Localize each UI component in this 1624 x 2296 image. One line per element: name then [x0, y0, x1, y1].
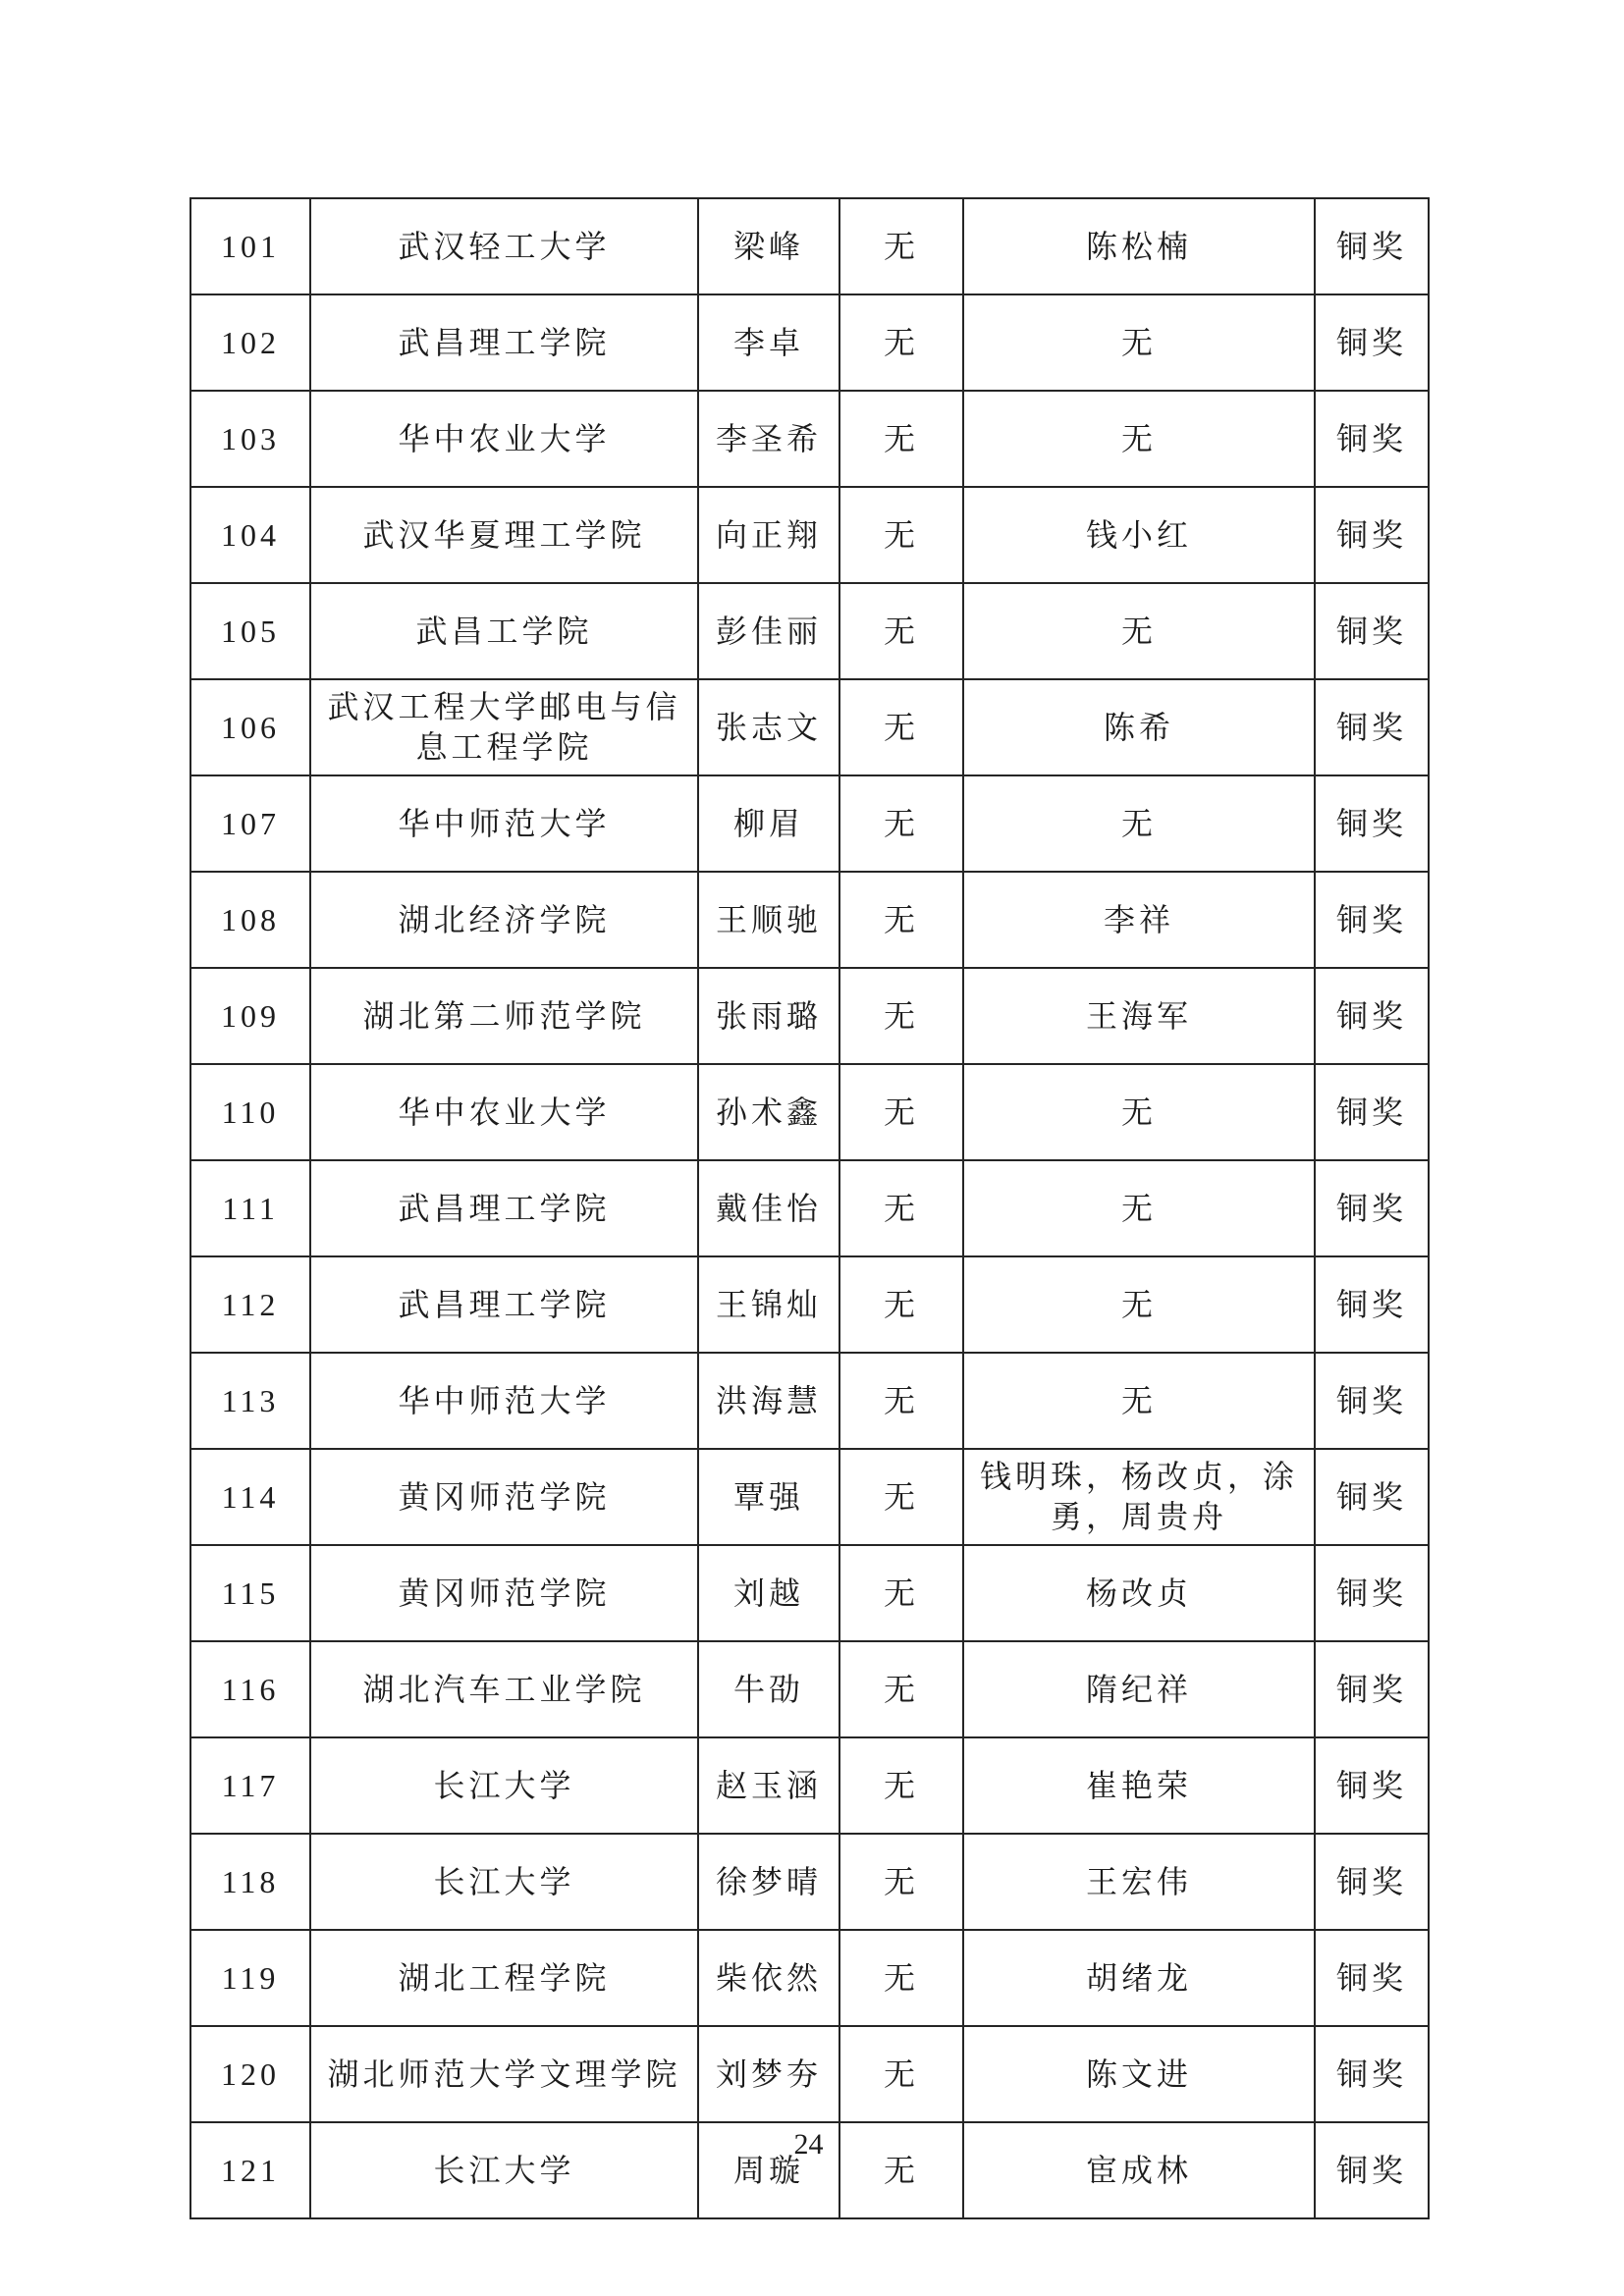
- cell-row-number: 107: [190, 775, 310, 872]
- cell-school-name: 湖北经济学院: [310, 872, 698, 968]
- cell-school-name: 武汉华夏理工学院: [310, 487, 698, 583]
- cell-award-level: 铜奖: [1315, 391, 1429, 487]
- cell-note: 无: [839, 294, 963, 391]
- cell-school-name: 湖北师范大学文理学院: [310, 2026, 698, 2122]
- cell-award-level: 铜奖: [1315, 198, 1429, 294]
- table-row: 118 长江大学 徐梦晴 无 王宏伟 铜奖: [190, 1834, 1429, 1930]
- table-row: 106 武汉工程大学邮电与信息工程学院 张志文 无 陈希 铜奖: [190, 679, 1429, 775]
- cell-student-name: 梁峰: [698, 198, 839, 294]
- cell-award-level: 铜奖: [1315, 2026, 1429, 2122]
- cell-award-level: 铜奖: [1315, 1160, 1429, 1256]
- cell-note: 无: [839, 968, 963, 1064]
- cell-award-level: 铜奖: [1315, 1064, 1429, 1160]
- table-row: 117 长江大学 赵玉涵 无 崔艳荣 铜奖: [190, 1737, 1429, 1834]
- cell-advisor-name: 无: [963, 1256, 1315, 1353]
- cell-row-number: 114: [190, 1449, 310, 1545]
- cell-advisor-name: 无: [963, 1353, 1315, 1449]
- cell-award-level: 铜奖: [1315, 487, 1429, 583]
- cell-row-number: 113: [190, 1353, 310, 1449]
- cell-award-level: 铜奖: [1315, 1353, 1429, 1449]
- table-row: 111 武昌理工学院 戴佳怡 无 无 铜奖: [190, 1160, 1429, 1256]
- cell-note: 无: [839, 1641, 963, 1737]
- awards-table-body: 101 武汉轻工大学 梁峰 无 陈松楠 铜奖 102 武昌理工学院 李卓 无 无…: [190, 198, 1429, 2218]
- cell-award-level: 铜奖: [1315, 679, 1429, 775]
- page-number: 24: [189, 2128, 1428, 2162]
- cell-row-number: 116: [190, 1641, 310, 1737]
- cell-note: 无: [839, 391, 963, 487]
- cell-note: 无: [839, 1545, 963, 1641]
- awards-table: 101 武汉轻工大学 梁峰 无 陈松楠 铜奖 102 武昌理工学院 李卓 无 无…: [189, 197, 1430, 2219]
- cell-student-name: 洪海慧: [698, 1353, 839, 1449]
- cell-school-name: 黄冈师范学院: [310, 1545, 698, 1641]
- cell-school-name: 长江大学: [310, 1737, 698, 1834]
- cell-advisor-name: 杨改贞: [963, 1545, 1315, 1641]
- cell-row-number: 101: [190, 198, 310, 294]
- cell-note: 无: [839, 487, 963, 583]
- cell-award-level: 铜奖: [1315, 1930, 1429, 2026]
- cell-student-name: 柳眉: [698, 775, 839, 872]
- cell-student-name: 张志文: [698, 679, 839, 775]
- cell-award-level: 铜奖: [1315, 775, 1429, 872]
- table-row: 107 华中师范大学 柳眉 无 无 铜奖: [190, 775, 1429, 872]
- cell-award-level: 铜奖: [1315, 294, 1429, 391]
- cell-note: 无: [839, 1930, 963, 2026]
- cell-note: 无: [839, 1449, 963, 1545]
- table-row: 116 湖北汽车工业学院 牛劭 无 隋纪祥 铜奖: [190, 1641, 1429, 1737]
- cell-note: 无: [839, 1737, 963, 1834]
- cell-advisor-name: 胡绪龙: [963, 1930, 1315, 2026]
- cell-row-number: 110: [190, 1064, 310, 1160]
- document-page: 101 武汉轻工大学 梁峰 无 陈松楠 铜奖 102 武昌理工学院 李卓 无 无…: [0, 0, 1624, 2296]
- cell-row-number: 103: [190, 391, 310, 487]
- cell-advisor-name: 王宏伟: [963, 1834, 1315, 1930]
- table-row: 103 华中农业大学 李圣希 无 无 铜奖: [190, 391, 1429, 487]
- cell-advisor-name: 钱明珠，杨改贞，涂勇，周贵舟: [963, 1449, 1315, 1545]
- cell-school-name: 武昌理工学院: [310, 1160, 698, 1256]
- cell-note: 无: [839, 198, 963, 294]
- cell-student-name: 刘梦夯: [698, 2026, 839, 2122]
- cell-award-level: 铜奖: [1315, 1834, 1429, 1930]
- cell-student-name: 彭佳丽: [698, 583, 839, 679]
- cell-student-name: 王顺驰: [698, 872, 839, 968]
- cell-advisor-name: 李祥: [963, 872, 1315, 968]
- cell-award-level: 铜奖: [1315, 1737, 1429, 1834]
- cell-row-number: 111: [190, 1160, 310, 1256]
- cell-student-name: 王锦灿: [698, 1256, 839, 1353]
- cell-award-level: 铜奖: [1315, 1641, 1429, 1737]
- cell-school-name: 武昌理工学院: [310, 294, 698, 391]
- cell-school-name: 华中师范大学: [310, 1353, 698, 1449]
- cell-school-name: 武汉轻工大学: [310, 198, 698, 294]
- table-row: 102 武昌理工学院 李卓 无 无 铜奖: [190, 294, 1429, 391]
- cell-row-number: 108: [190, 872, 310, 968]
- cell-school-name: 湖北第二师范学院: [310, 968, 698, 1064]
- table-row: 104 武汉华夏理工学院 向正翔 无 钱小红 铜奖: [190, 487, 1429, 583]
- cell-note: 无: [839, 1064, 963, 1160]
- table-row: 115 黄冈师范学院 刘越 无 杨改贞 铜奖: [190, 1545, 1429, 1641]
- cell-student-name: 戴佳怡: [698, 1160, 839, 1256]
- cell-student-name: 向正翔: [698, 487, 839, 583]
- cell-advisor-name: 陈松楠: [963, 198, 1315, 294]
- cell-school-name: 黄冈师范学院: [310, 1449, 698, 1545]
- cell-award-level: 铜奖: [1315, 583, 1429, 679]
- cell-student-name: 李卓: [698, 294, 839, 391]
- table-row: 113 华中师范大学 洪海慧 无 无 铜奖: [190, 1353, 1429, 1449]
- cell-advisor-name: 无: [963, 1064, 1315, 1160]
- cell-award-level: 铜奖: [1315, 1545, 1429, 1641]
- cell-advisor-name: 无: [963, 775, 1315, 872]
- cell-school-name: 湖北工程学院: [310, 1930, 698, 2026]
- cell-school-name: 武汉工程大学邮电与信息工程学院: [310, 679, 698, 775]
- cell-school-name: 武昌工学院: [310, 583, 698, 679]
- cell-note: 无: [839, 2026, 963, 2122]
- cell-student-name: 张雨璐: [698, 968, 839, 1064]
- cell-note: 无: [839, 1353, 963, 1449]
- cell-advisor-name: 钱小红: [963, 487, 1315, 583]
- cell-advisor-name: 无: [963, 294, 1315, 391]
- cell-note: 无: [839, 1160, 963, 1256]
- cell-student-name: 刘越: [698, 1545, 839, 1641]
- table-row: 112 武昌理工学院 王锦灿 无 无 铜奖: [190, 1256, 1429, 1353]
- cell-advisor-name: 崔艳荣: [963, 1737, 1315, 1834]
- cell-row-number: 118: [190, 1834, 310, 1930]
- cell-row-number: 104: [190, 487, 310, 583]
- table-row: 108 湖北经济学院 王顺驰 无 李祥 铜奖: [190, 872, 1429, 968]
- cell-award-level: 铜奖: [1315, 1449, 1429, 1545]
- cell-note: 无: [839, 775, 963, 872]
- cell-school-name: 武昌理工学院: [310, 1256, 698, 1353]
- cell-student-name: 李圣希: [698, 391, 839, 487]
- cell-student-name: 赵玉涵: [698, 1737, 839, 1834]
- cell-row-number: 102: [190, 294, 310, 391]
- cell-row-number: 119: [190, 1930, 310, 2026]
- cell-note: 无: [839, 1256, 963, 1353]
- cell-advisor-name: 无: [963, 391, 1315, 487]
- cell-school-name: 华中农业大学: [310, 391, 698, 487]
- cell-student-name: 柴依然: [698, 1930, 839, 2026]
- table-row: 119 湖北工程学院 柴依然 无 胡绪龙 铜奖: [190, 1930, 1429, 2026]
- cell-row-number: 106: [190, 679, 310, 775]
- cell-student-name: 孙术鑫: [698, 1064, 839, 1160]
- cell-student-name: 覃强: [698, 1449, 839, 1545]
- cell-row-number: 109: [190, 968, 310, 1064]
- cell-advisor-name: 无: [963, 1160, 1315, 1256]
- cell-note: 无: [839, 679, 963, 775]
- cell-note: 无: [839, 872, 963, 968]
- cell-row-number: 117: [190, 1737, 310, 1834]
- table-row: 105 武昌工学院 彭佳丽 无 无 铜奖: [190, 583, 1429, 679]
- cell-advisor-name: 陈希: [963, 679, 1315, 775]
- cell-row-number: 115: [190, 1545, 310, 1641]
- cell-school-name: 华中农业大学: [310, 1064, 698, 1160]
- cell-school-name: 湖北汽车工业学院: [310, 1641, 698, 1737]
- cell-student-name: 徐梦晴: [698, 1834, 839, 1930]
- cell-advisor-name: 隋纪祥: [963, 1641, 1315, 1737]
- cell-award-level: 铜奖: [1315, 968, 1429, 1064]
- cell-row-number: 105: [190, 583, 310, 679]
- table-row: 101 武汉轻工大学 梁峰 无 陈松楠 铜奖: [190, 198, 1429, 294]
- cell-school-name: 长江大学: [310, 1834, 698, 1930]
- cell-row-number: 112: [190, 1256, 310, 1353]
- table-row: 120 湖北师范大学文理学院 刘梦夯 无 陈文进 铜奖: [190, 2026, 1429, 2122]
- cell-student-name: 牛劭: [698, 1641, 839, 1737]
- cell-note: 无: [839, 1834, 963, 1930]
- table-row: 109 湖北第二师范学院 张雨璐 无 王海军 铜奖: [190, 968, 1429, 1064]
- cell-advisor-name: 无: [963, 583, 1315, 679]
- cell-advisor-name: 王海军: [963, 968, 1315, 1064]
- cell-advisor-name: 陈文进: [963, 2026, 1315, 2122]
- cell-award-level: 铜奖: [1315, 872, 1429, 968]
- cell-award-level: 铜奖: [1315, 1256, 1429, 1353]
- cell-note: 无: [839, 583, 963, 679]
- table-row: 114 黄冈师范学院 覃强 无 钱明珠，杨改贞，涂勇，周贵舟 铜奖: [190, 1449, 1429, 1545]
- cell-school-name: 华中师范大学: [310, 775, 698, 872]
- table-row: 110 华中农业大学 孙术鑫 无 无 铜奖: [190, 1064, 1429, 1160]
- cell-row-number: 120: [190, 2026, 310, 2122]
